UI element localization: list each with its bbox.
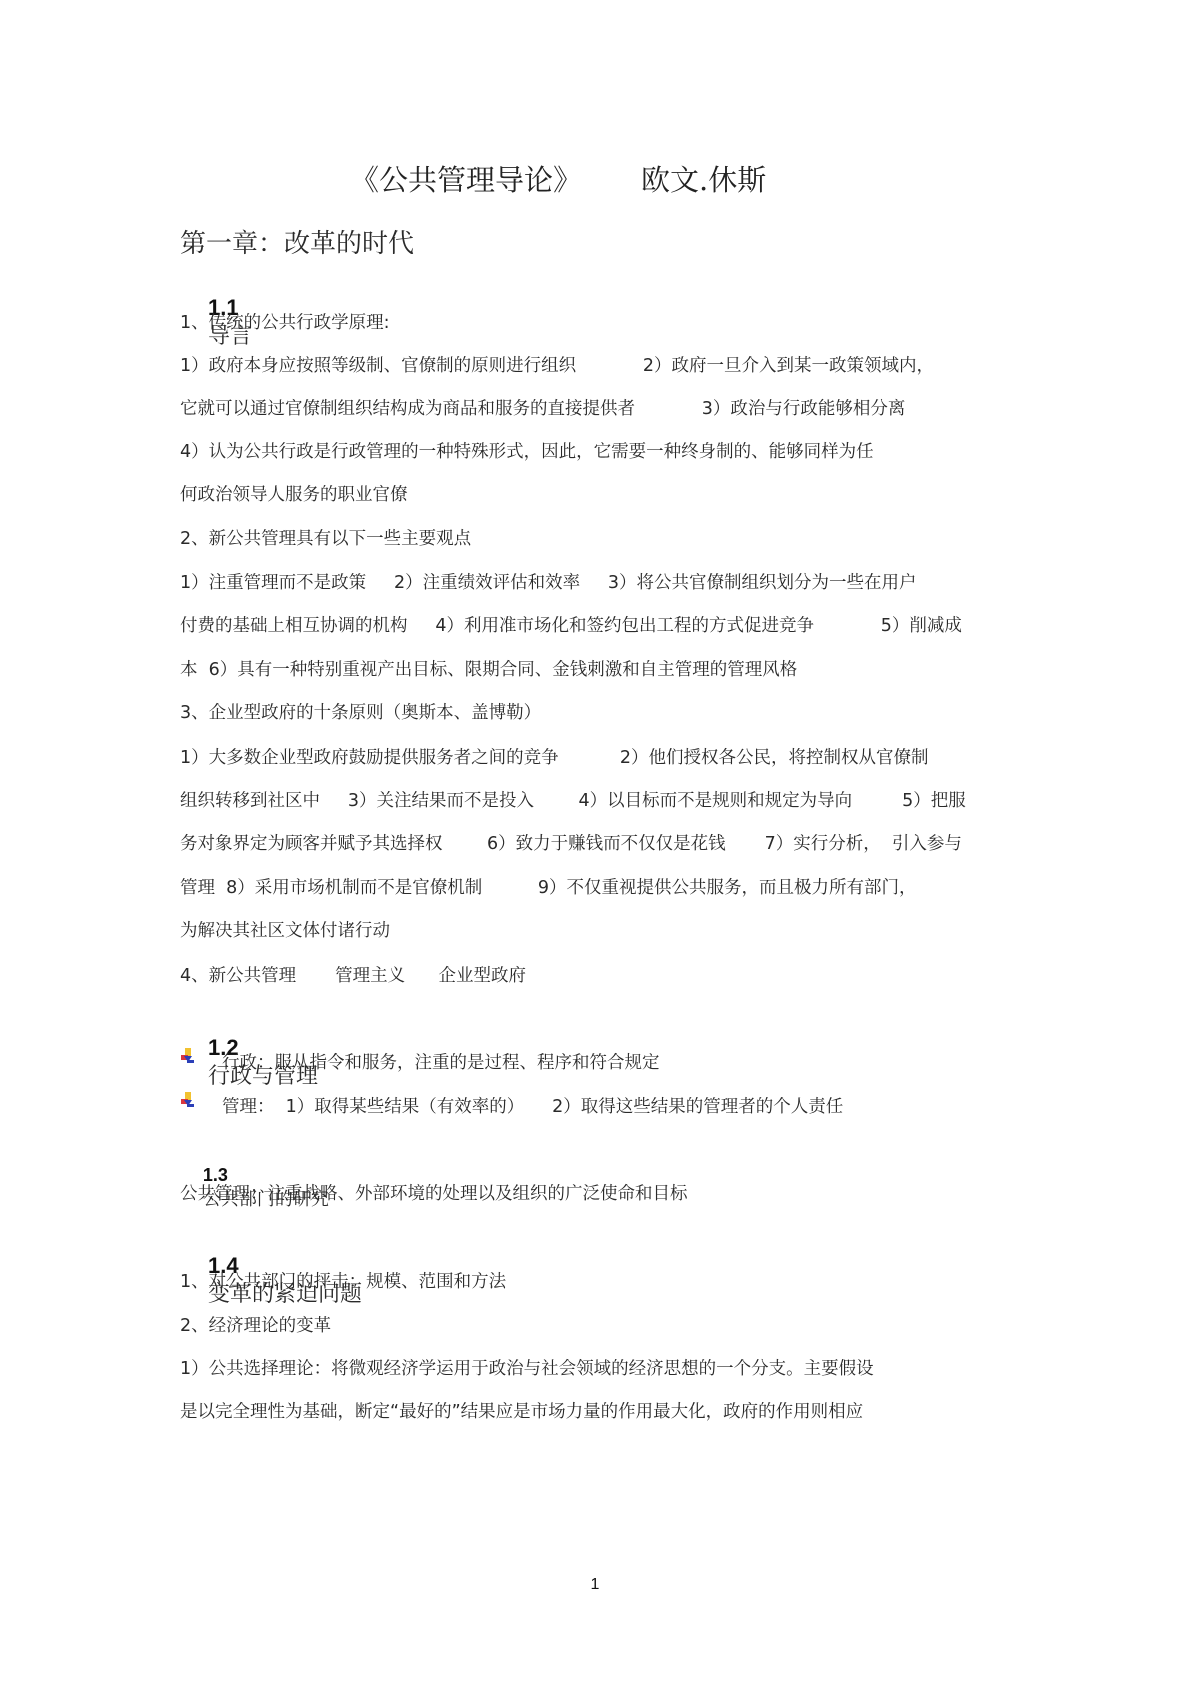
paragraph-line: 1、对公共部门的抨击：规模、范围和方法	[180, 1270, 506, 1294]
document-title: 《公共管理导论》	[350, 162, 582, 198]
paragraph-line: 公共管理：注重战略、外部环境的处理以及组织的广泛使命和目标	[180, 1182, 688, 1206]
paragraph-line: 付费的基础上相互协调的机构 4）利用准市场化和签约包出工程的方式促进竞争 5）削…	[180, 614, 962, 638]
paragraph-line: 1）政府本身应按照等级制、官僚制的原则进行组织 2）政府一旦介入到某一政策领域内…	[180, 354, 934, 378]
paragraph-line: 1）公共选择理论：将微观经济学运用于政治与社会领域的经济思想的一个分支。主要假设	[180, 1357, 874, 1381]
bullet-item-text: 行政：服从指令和服务，注重的是过程、程序和符合规定	[222, 1051, 660, 1075]
arrow-bullet-icon	[180, 1091, 196, 1109]
paragraph-line: 本 6）具有一种特别重视产出目标、限期合同、金钱刺激和自主管理的管理风格	[180, 658, 797, 682]
paragraph-line: 1、传统的公共行政学原理:	[180, 311, 390, 335]
paragraph-line: 2、新公共管理具有以下一些主要观点	[180, 527, 471, 551]
paragraph-line: 3、企业型政府的十条原则（奥斯本、盖博勒）	[180, 701, 541, 725]
chapter-heading: 第一章：改革的时代	[180, 228, 414, 260]
bullet-item-text: 管理： 1）取得某些结果（有效率的） 2）取得这些结果的管理者的个人责任	[222, 1095, 843, 1119]
paragraph-line: 为解决其社区文体付诸行动	[180, 919, 390, 943]
paragraph-line: 4）认为公共行政是行政管理的一种特殊形式，因此，它需要一种终身制的、能够同样为任	[180, 440, 874, 464]
paragraph-line: 管理 8）采用市场机制而不是官僚机制 9）不仅重视提供公共服务，而且极力所有部门…	[180, 876, 917, 900]
paragraph-line: 它就可以通过官僚制组织结构成为商品和服务的直接提供者 3）政治与行政能够相分离	[180, 397, 905, 421]
paragraph-line: 组织转移到社区中 3）关注结果而不是投入 4）以目标而不是规则和规定为导向 5）…	[180, 789, 966, 813]
arrow-bullet-icon	[180, 1047, 196, 1065]
document-author: 欧文.休斯	[641, 162, 766, 198]
paragraph-line: 4、新公共管理 管理主义 企业型政府	[180, 964, 526, 988]
page-number: 1	[0, 1576, 1190, 1594]
paragraph-line: 何政治领导人服务的职业官僚	[180, 483, 408, 507]
paragraph-line: 务对象界定为顾客并赋予其选择权 6）致力于赚钱而不仅仅是花钱 7）实行分析， 引…	[180, 832, 962, 856]
paragraph-line: 2、经济理论的变革	[180, 1314, 331, 1338]
paragraph-line: 是以完全理性为基础，断定“最好的”结果应是市场力量的作用最大化，政府的作用则相应	[180, 1400, 863, 1424]
paragraph-line: 1）大多数企业型政府鼓励提供服务者之间的竞争 2）他们授权各公民，将控制权从官僚…	[180, 746, 928, 770]
document-page: 《公共管理导论》 欧文.休斯 第一章：改革的时代 1.1 导言 1、传统的公共行…	[0, 0, 1190, 1683]
paragraph-line: 1）注重管理而不是政策 2）注重绩效评估和效率 3）将公共官僚制组织划分为一些在…	[180, 571, 917, 595]
